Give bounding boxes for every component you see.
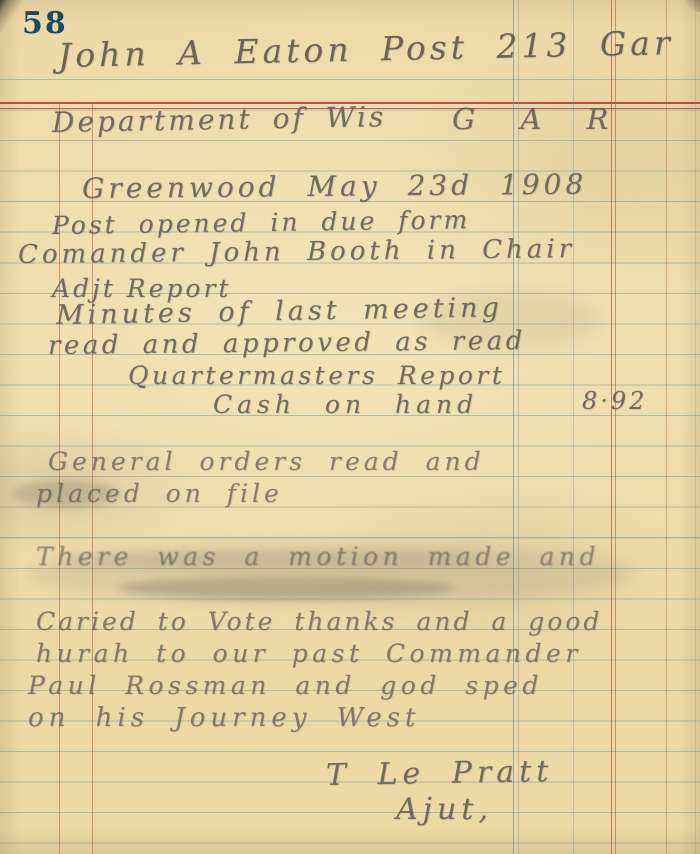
corner-shadow-top-right — [684, 0, 700, 12]
hw-gar-initials: G A R — [452, 102, 626, 136]
hw-rossman-line: Paul Rossman and god sped — [28, 671, 543, 700]
hw-placed-on-file-line: placed on file — [36, 479, 283, 508]
hw-approved-line: read and approved as read — [48, 326, 526, 361]
hw-general-orders-line: General orders read and — [48, 447, 485, 476]
hw-signature-title: Ajut, — [396, 792, 493, 827]
corner-crease-top-left — [0, 0, 22, 34]
hw-cash-on-hand-label: Cash on hand — [213, 390, 478, 419]
hw-post-opened-line: Post opened in due form — [52, 205, 471, 240]
hw-title-post-name: John A Eaton Post 213 Gar — [58, 23, 674, 75]
hw-commander-line: Comander John Booth in Chair — [18, 234, 575, 270]
hw-signature-name: T Le Pratt — [326, 754, 554, 793]
hw-hurrah-line: hurah to our past Commander — [36, 639, 582, 668]
amount-column-red-line-3 — [666, 0, 667, 854]
ledger-page-scan: 58 John A Eaton Post 213 Gar Department … — [0, 0, 700, 854]
hw-quartermaster-line: Quartermasters Report — [128, 361, 505, 390]
hw-carried-vote-line: Caried to Vote thanks and a good — [36, 607, 602, 636]
amount-column-blue-line-4 — [695, 0, 696, 854]
hw-journey-west-line: on his Journey West — [28, 703, 420, 733]
hw-cash-amount: 8·92 — [582, 387, 647, 415]
hw-department-line: Department of Wis — [52, 100, 387, 139]
hw-motion-made-line: There was a motion made and — [36, 542, 600, 571]
hw-place-date-line: Greenwood May 23d 1908 — [82, 168, 588, 205]
